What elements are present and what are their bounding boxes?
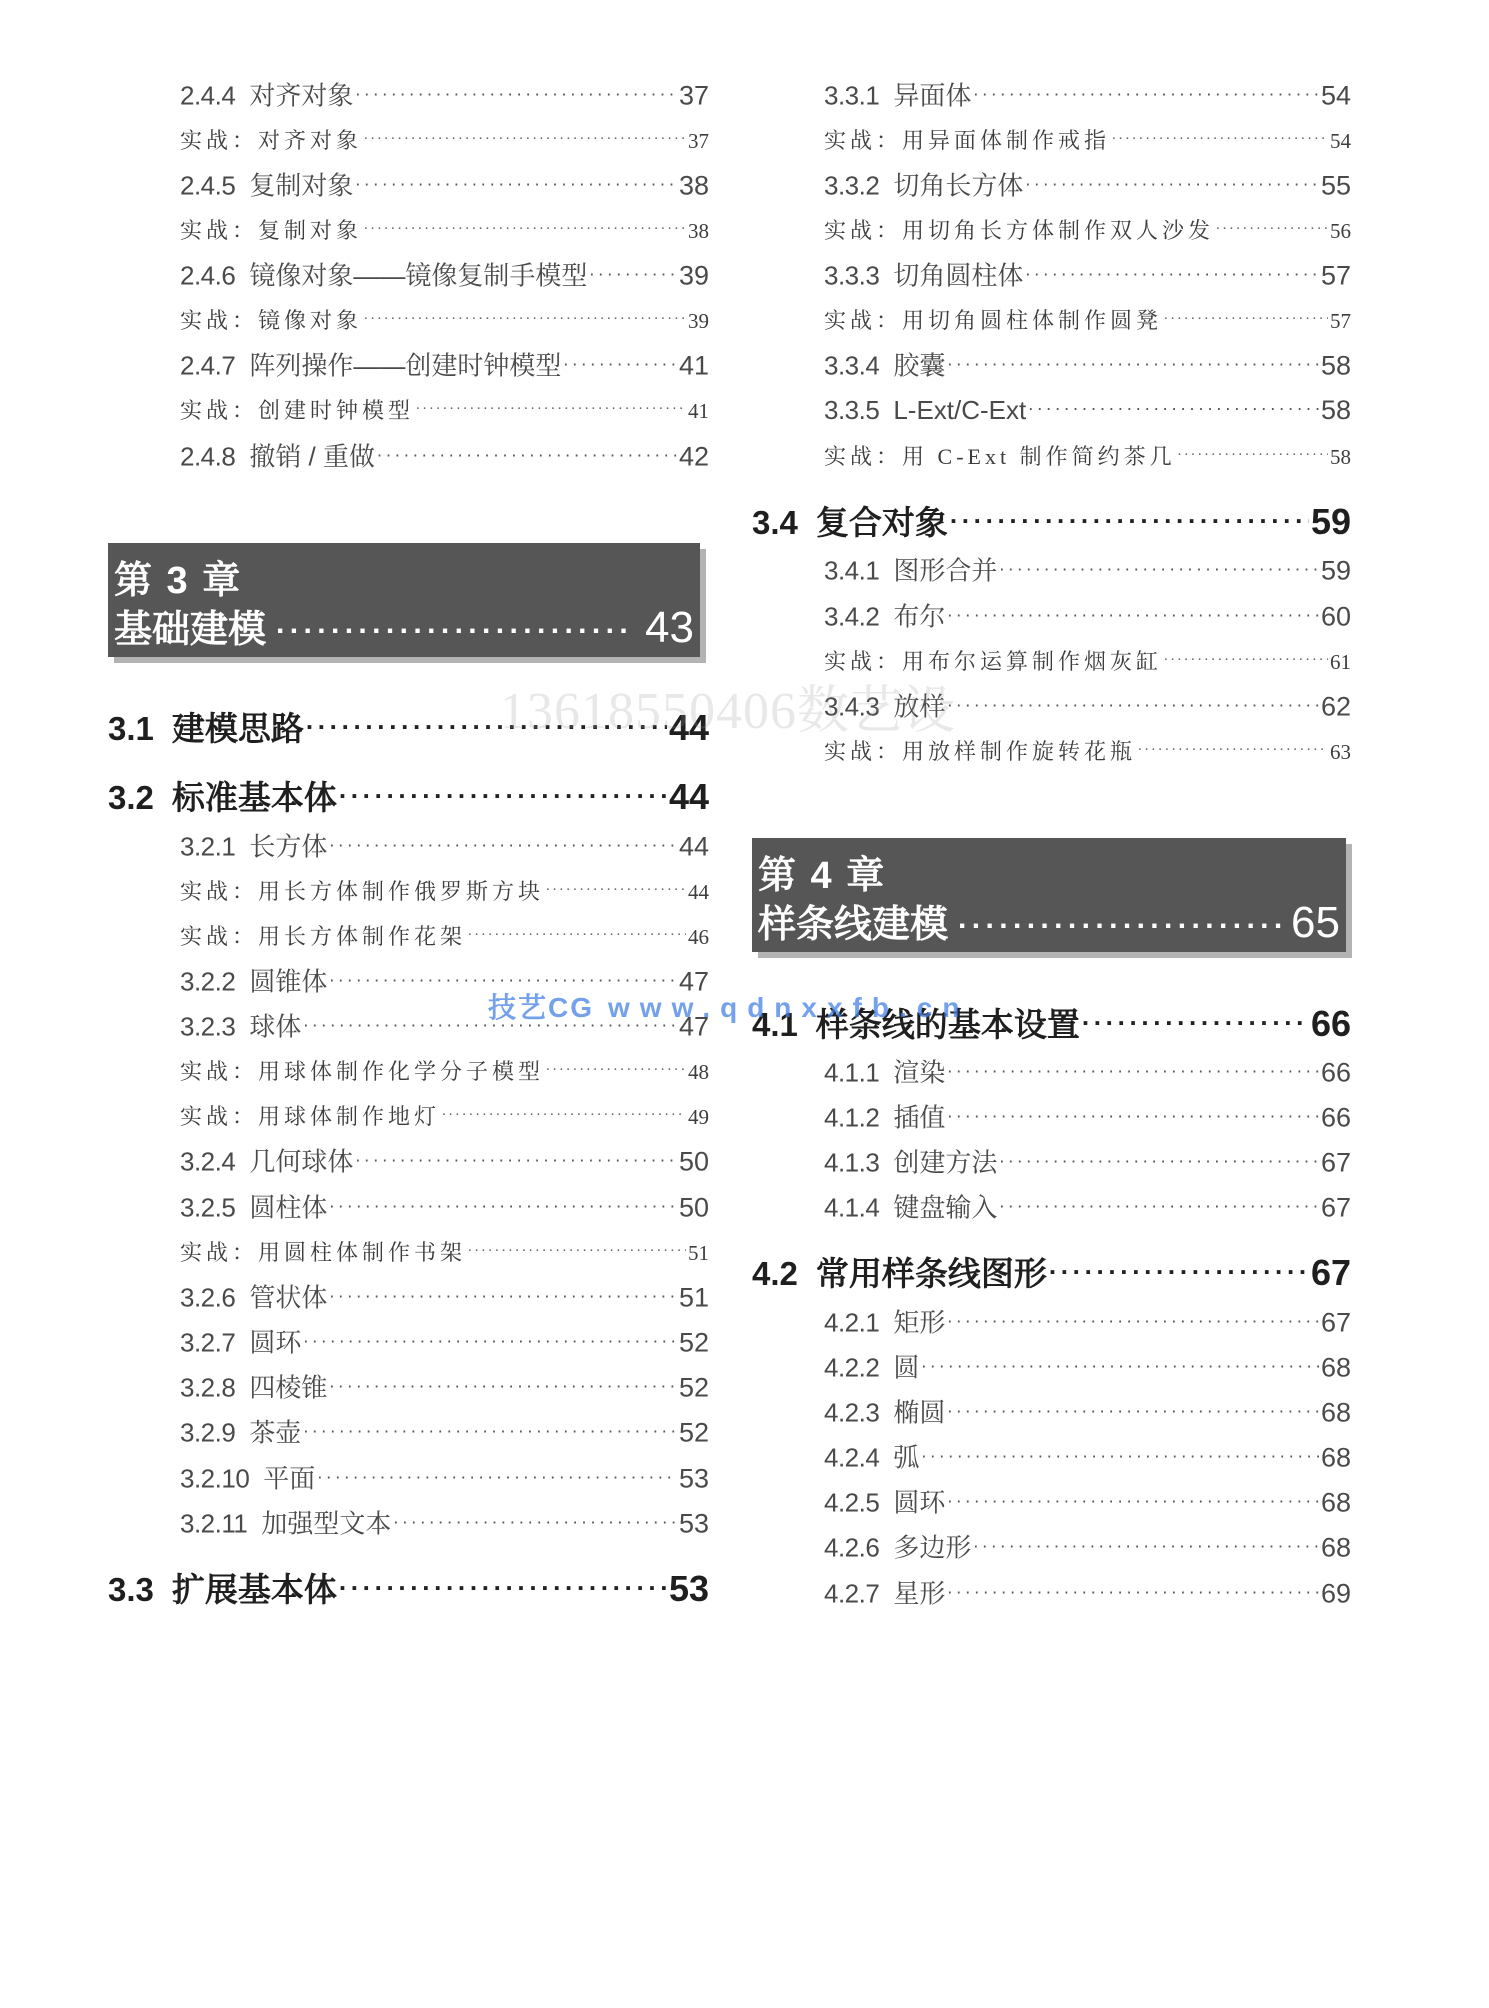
entry-number: 实战： [180,304,258,335]
toc-section-entry[interactable]: 3.4复合对象59 [752,497,1351,544]
entry-number: 实战： [824,304,902,335]
toc-subsection-entry[interactable]: 3.3.2切角长方体55 [752,166,1351,203]
phone-watermark: 13618550406数艺设 [500,668,956,743]
entry-title: 用 C-Ext 制作简约茶几 [902,440,1176,471]
toc-subsection-entry[interactable]: 4.2.7星形69 [752,1574,1351,1611]
entry-title: 切角圆柱体 [893,256,1023,293]
dot-leader [947,600,1319,626]
entry-title: 椭圆 [893,1393,945,1430]
toc-subsection-entry[interactable]: 2.4.7阵列操作——创建时钟模型41 [108,346,709,383]
entry-title: 管状体 [249,1278,327,1315]
toc-subsection-entry[interactable]: 4.2.5圆环68 [752,1483,1351,1520]
dot-leader [999,1191,1319,1217]
entry-page-number: 58 [1321,395,1351,426]
entry-number: 3.2.5 [180,1193,235,1224]
entry-page-number: 67 [1321,1308,1351,1339]
dot-leader [947,349,1319,375]
entry-title: 加强型文本 [261,1504,391,1541]
entry-title: 键盘输入 [893,1188,997,1225]
entry-title: 弧 [893,1438,919,1475]
entry-title: 建模思路 [172,703,304,750]
toc-practice-entry[interactable]: 实战：用切角长方体制作双人沙发56 [752,214,1351,245]
dot-leader [1216,216,1328,238]
entry-page-number: 52 [679,1418,709,1449]
entry-title: 圆锥体 [249,962,327,999]
dot-leader [329,830,677,856]
entry-number: 3.3.5 [824,395,879,426]
entry-number: 3.4.2 [824,602,879,633]
dot-leader [947,1306,1319,1332]
entry-number: 实战： [180,920,258,951]
toc-subsection-entry[interactable]: 3.2.4几何球体50 [108,1142,709,1179]
chapter-3-banner[interactable]: 第 3 章 基础建模 43 [108,543,700,657]
entry-page-number: 61 [1330,650,1351,675]
entry-number: 实战： [824,440,902,471]
toc-practice-entry[interactable]: 实战：用长方体制作俄罗斯方块44 [108,875,709,906]
toc-section-entry[interactable]: 4.2常用样条线图形67 [752,1248,1351,1295]
entry-page-number: 69 [1321,1579,1351,1610]
entry-title: 镜像对象 [258,304,362,335]
toc-subsection-entry[interactable]: 2.4.6镜像对象——镜像复制手模型39 [108,256,709,293]
entry-title: 撤销 / 重做 [249,437,375,474]
entry-page-number: 52 [679,1373,709,1404]
dot-leader [973,79,1319,105]
dot-leader [329,1281,677,1307]
dot-leader [999,1146,1319,1172]
toc-section-entry[interactable]: 3.2标准基本体44 [108,772,709,819]
entry-title: 圆环 [249,1323,301,1360]
entry-page-number: 57 [1330,309,1351,334]
entry-number: 实战： [180,124,258,155]
entry-title: 对齐对象 [258,124,362,155]
dot-leader [364,126,686,148]
dot-leader [1138,737,1328,759]
chapter-title: 样条线建模 [758,893,948,948]
entry-title: 创建时钟模型 [258,394,414,425]
toc-subsection-entry[interactable]: 2.4.4对齐对象37 [108,76,709,113]
entry-number: 4.2.3 [824,1398,879,1429]
toc-subsection-entry[interactable]: 2.4.5复制对象38 [108,166,709,203]
entry-number: 4.2.7 [824,1579,879,1610]
dot-leader [947,690,1319,716]
entry-number: 4.2.5 [824,1488,879,1519]
entry-number: 3.3.1 [824,81,879,112]
entry-title: 用球体制作地灯 [258,1100,440,1131]
entry-number: 4.1.1 [824,1058,879,1089]
dot-leader [317,1462,677,1488]
entry-number: 4.2.4 [824,1443,879,1474]
entry-page-number: 52 [679,1328,709,1359]
entry-title: 用异面体制作戒指 [902,124,1110,155]
entry-title: 用长方体制作花架 [258,920,466,951]
entry-title: 常用样条线图形 [816,1248,1047,1295]
dot-leader [1112,126,1328,148]
dot-leader [1049,1252,1309,1285]
entry-title: 圆环 [893,1483,945,1520]
dot-leader [303,1416,677,1442]
dot-leader [958,899,1281,937]
chapter-label: 第 3 章 [114,549,242,604]
dot-leader [339,776,667,809]
entry-page-number: 68 [1321,1488,1351,1519]
entry-page-number: 68 [1321,1443,1351,1474]
entry-page-number: 57 [1321,261,1351,292]
dot-leader [921,1351,1319,1377]
dot-leader [303,1326,677,1352]
toc-subsection-entry[interactable]: 3.3.1异面体54 [752,76,1351,113]
entry-page-number: 66 [1321,1058,1351,1089]
entry-title: 多边形 [893,1528,971,1565]
entry-page-number: 58 [1330,445,1351,470]
entry-title: 星形 [893,1574,945,1611]
toc-subsection-entry[interactable]: 4.1.4键盘输入67 [752,1188,1351,1225]
chapter-label: 第 4 章 [758,844,886,899]
entry-page-number: 56 [1330,219,1351,244]
entry-number: 3.3.2 [824,171,879,202]
entry-page-number: 68 [1321,1398,1351,1429]
entry-title: 用切角圆柱体制作圆凳 [902,304,1162,335]
toc-subsection-entry[interactable]: 4.2.3椭圆68 [752,1393,1351,1430]
dot-leader [947,1101,1319,1127]
entry-title: 标准基本体 [172,772,337,819]
entry-page-number: 38 [679,171,709,202]
dot-leader [546,877,686,899]
entry-number: 实战： [180,1055,258,1086]
toc-practice-entry[interactable]: 实战：用 C-Ext 制作简约茶几58 [752,440,1351,471]
entry-title: 圆 [893,1348,919,1385]
entry-page-number: 41 [688,399,709,424]
entry-title: 复合对象 [816,497,948,544]
entry-number: 3.2.1 [180,832,235,863]
dot-leader [276,604,635,642]
entry-number: 3.2.2 [180,967,235,998]
dot-leader [1178,442,1328,464]
entry-number: 实战： [824,214,902,245]
entry-number: 3.2.6 [180,1283,235,1314]
dot-leader [546,1057,686,1079]
dot-leader [1164,306,1328,328]
entry-title: 平面 [263,1459,315,1496]
entry-title: 球体 [249,1007,301,1044]
entry-page-number: 39 [688,309,709,334]
entry-page-number: 66 [1321,1103,1351,1134]
dot-leader [364,306,686,328]
site-watermark-url: www.qdnxxfb.cn [608,992,969,1023]
entry-page-number: 63 [1330,740,1351,765]
entry-page-number: 53 [679,1509,709,1540]
entry-number: 3.4.1 [824,556,879,587]
entry-number: 4.1.3 [824,1148,879,1179]
dot-leader [947,1486,1319,1512]
dot-leader [921,1441,1319,1467]
chapter-title-line: 样条线建模 65 [758,893,1340,948]
chapter-4-banner[interactable]: 第 4 章 样条线建模 65 [752,838,1346,952]
entry-number: 2.4.5 [180,171,235,202]
entry-number: 3.2.3 [180,1012,235,1043]
dot-leader [393,1507,677,1533]
toc-subsection-entry[interactable]: 4.2.4弧68 [752,1438,1351,1475]
entry-title: 渲染 [893,1053,945,1090]
dot-leader [442,1102,686,1124]
entry-title: 创建方法 [893,1143,997,1180]
toc-practice-entry[interactable]: 实战：用长方体制作花架46 [108,920,709,951]
toc-practice-entry[interactable]: 实战：复制对象38 [108,214,709,245]
dot-leader [329,1371,677,1397]
toc-practice-entry[interactable]: 实战：对齐对象37 [108,124,709,155]
dot-leader [1028,393,1319,419]
entry-title: 复制对象 [249,166,353,203]
dot-leader [999,554,1319,580]
entry-title: 圆柱体 [249,1188,327,1225]
entry-number: 3.2.10 [180,1464,249,1495]
entry-page-number: 62 [1321,692,1351,723]
chapter-title-line: 基础建模 43 [114,598,694,653]
toc-practice-entry[interactable]: 实战：用切角圆柱体制作圆凳57 [752,304,1351,335]
toc-subsection-entry[interactable]: 4.2.2圆68 [752,1348,1351,1385]
dot-leader [329,1191,677,1217]
dot-leader [468,922,686,944]
entry-number: 2.4.4 [180,81,235,112]
entry-page-number: 38 [688,219,709,244]
toc-practice-entry[interactable]: 实战：镜像对象39 [108,304,709,335]
dot-leader [1025,169,1319,195]
entry-title: 切角长方体 [893,166,1023,203]
entry-title: 布尔 [893,597,945,634]
dot-leader [589,259,677,285]
dot-leader [947,1396,1319,1422]
entry-title: 用长方体制作俄罗斯方块 [258,875,544,906]
dot-leader [416,396,686,418]
dot-leader [364,216,686,238]
entry-page-number: 37 [679,81,709,112]
entry-number: 2.4.8 [180,442,235,473]
entry-title: 用切角长方体制作双人沙发 [902,214,1214,245]
entry-page-number: 68 [1321,1353,1351,1384]
toc-subsection-entry[interactable]: 3.4.2布尔60 [752,597,1351,634]
dot-leader [973,1531,1319,1557]
entry-page-number: 59 [1311,501,1351,543]
entry-number: 3.2.8 [180,1373,235,1404]
entry-page-number: 51 [679,1283,709,1314]
toc-practice-entry[interactable]: 实战：用球体制作地灯49 [108,1100,709,1131]
entry-number: 实战： [180,214,258,245]
entry-page-number: 58 [1321,351,1351,382]
entry-page-number: 59 [1321,556,1351,587]
entry-page-number: 68 [1321,1533,1351,1564]
entry-title: 插值 [893,1098,945,1135]
toc-subsection-entry[interactable]: 3.2.5圆柱体50 [108,1188,709,1225]
entry-title: 茶壶 [249,1413,301,1450]
entry-page-number: 42 [679,442,709,473]
dot-leader [563,349,677,375]
entry-page-number: 50 [679,1193,709,1224]
entry-number: 实战： [180,875,258,906]
dot-leader [1025,259,1319,285]
entry-number: 2.4.7 [180,351,235,382]
entry-page-number: 48 [688,1060,709,1085]
dot-leader [355,79,677,105]
entry-title: 复制对象 [258,214,362,245]
chapter-page-number: 43 [645,603,694,653]
entry-number: 4.2.2 [824,1353,879,1384]
entry-page-number: 60 [1321,602,1351,633]
toc-subsection-entry[interactable]: 3.2.6管状体51 [108,1278,709,1315]
toc-practice-entry[interactable]: 实战：用球体制作化学分子模型48 [108,1055,709,1086]
toc-practice-entry[interactable]: 实战：用异面体制作戒指54 [752,124,1351,155]
toc-section-entry[interactable]: 3.3扩展基本体53 [108,1564,709,1611]
entry-number: 3.4 [752,504,798,542]
entry-title: 用圆柱体制作书架 [258,1236,466,1267]
entry-page-number: 67 [1311,1252,1351,1294]
entry-number: 实战： [824,124,902,155]
dot-leader [468,1238,686,1260]
toc-subsection-entry[interactable]: 3.2.8四棱锥52 [108,1368,709,1405]
entry-number: 4.1.4 [824,1193,879,1224]
entry-page-number: 54 [1330,129,1351,154]
entry-number: 3.2.9 [180,1418,235,1449]
toc-subsection-entry[interactable]: 3.2.7圆环52 [108,1323,709,1360]
entry-page-number: 67 [1321,1148,1351,1179]
entry-page-number: 50 [679,1147,709,1178]
entry-number: 实战： [180,1236,258,1267]
dot-leader [947,1056,1319,1082]
entry-number: 实战： [180,394,258,425]
entry-number: 3.2.11 [180,1509,247,1540]
entry-page-number: 49 [688,1105,709,1130]
entry-number: 3.2.4 [180,1147,235,1178]
entry-page-number: 44 [669,776,709,818]
entry-page-number: 53 [679,1464,709,1495]
dot-leader [355,1145,677,1171]
entry-number: 4.1.2 [824,1103,879,1134]
toc-subsection-entry[interactable]: 4.2.1矩形67 [752,1303,1351,1340]
chapter-page-number: 65 [1291,898,1340,948]
toc-subsection-entry[interactable]: 4.1.2插值66 [752,1098,1351,1135]
entry-title: 对齐对象 [249,76,353,113]
entry-page-number: 41 [679,351,709,382]
entry-number: 4.2 [752,1255,798,1293]
entry-page-number: 67 [1321,1193,1351,1224]
entry-number: 4.2.6 [824,1533,879,1564]
entry-number: 2.4.6 [180,261,235,292]
toc-subsection-entry[interactable]: 3.3.4胶囊58 [752,346,1351,383]
site-watermark-brand: 技艺CG [488,992,594,1023]
entry-number: 4.2.1 [824,1308,879,1339]
entry-number: 3.3.4 [824,351,879,382]
toc-practice-entry[interactable]: 实战：用圆柱体制作书架51 [108,1236,709,1267]
entry-title: 四棱锥 [249,1368,327,1405]
entry-number: 3.3.3 [824,261,879,292]
toc-subsection-entry[interactable]: 4.2.6多边形68 [752,1528,1351,1565]
entry-page-number: 51 [688,1241,709,1266]
entry-page-number: 53 [669,1568,709,1610]
toc-subsection-entry[interactable]: 3.2.1长方体44 [108,827,709,864]
dot-leader [950,501,1309,534]
toc-subsection-entry[interactable]: 2.4.8撤销 / 重做42 [108,437,709,474]
entry-page-number: 55 [1321,171,1351,202]
entry-number: 实战： [180,1100,258,1131]
site-watermark: 技艺CGwww.qdnxxfb.cn [488,986,969,1026]
entry-title: 阵列操作——创建时钟模型 [249,346,561,383]
entry-title: 异面体 [893,76,971,113]
dot-leader [355,169,677,195]
entry-number: 3.2 [108,779,154,817]
entry-page-number: 54 [1321,81,1351,112]
entry-page-number: 44 [688,880,709,905]
toc-subsection-entry[interactable]: 3.3.5L-Ext/C-Ext58 [752,393,1351,426]
entry-title: 扩展基本体 [172,1564,337,1611]
entry-title: 镜像对象——镜像复制手模型 [249,256,587,293]
entry-page-number: 37 [688,129,709,154]
entry-title: 几何球体 [249,1142,353,1179]
dot-leader [339,1568,667,1601]
entry-title: L-Ext/C-Ext [893,395,1026,426]
entry-number: 3.2.7 [180,1328,235,1359]
entry-page-number: 44 [679,832,709,863]
entry-title: 胶囊 [893,346,945,383]
dot-leader [1082,1003,1309,1036]
dot-leader [947,1577,1319,1603]
dot-leader [377,440,677,466]
toc-subsection-entry[interactable]: 4.1.3创建方法67 [752,1143,1351,1180]
toc-subsection-entry[interactable]: 4.1.1渲染66 [752,1053,1351,1090]
toc-subsection-entry[interactable]: 3.3.3切角圆柱体57 [752,256,1351,293]
toc-subsection-entry[interactable]: 3.2.10平面53 [108,1459,709,1496]
toc-practice-entry[interactable]: 实战：创建时钟模型41 [108,394,709,425]
entry-page-number: 46 [688,925,709,950]
entry-title: 用球体制作化学分子模型 [258,1055,544,1086]
toc-subsection-entry[interactable]: 3.2.9茶壶52 [108,1413,709,1450]
entry-number: 3.3 [108,1571,154,1609]
entry-page-number: 39 [679,261,709,292]
dot-leader [1164,647,1328,669]
toc-subsection-entry[interactable]: 3.4.1图形合并59 [752,551,1351,588]
entry-number: 3.1 [108,710,154,748]
chapter-title: 基础建模 [114,598,266,653]
entry-title: 图形合并 [893,551,997,588]
entry-page-number: 66 [1311,1003,1351,1045]
toc-subsection-entry[interactable]: 3.2.11加强型文本53 [108,1504,709,1541]
entry-title: 矩形 [893,1303,945,1340]
entry-title: 长方体 [249,827,327,864]
